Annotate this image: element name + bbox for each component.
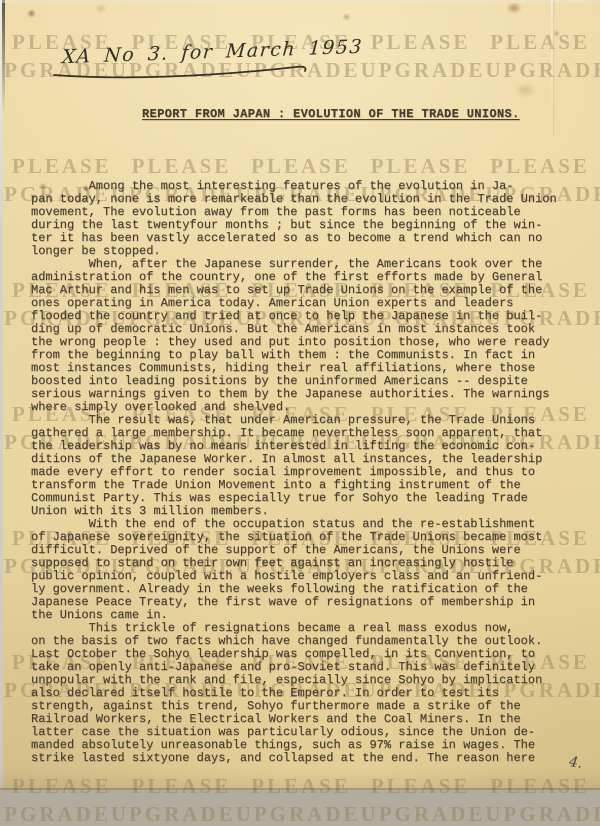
watermark-word: PLEASE <box>371 156 471 177</box>
scan-edge-bottom <box>0 768 600 790</box>
paper-stain <box>27 9 36 18</box>
paragraph: Among the most interesting features of t… <box>31 180 571 258</box>
watermark-word: UPGRADE <box>361 60 486 81</box>
paper-stain <box>506 2 522 14</box>
document-body: Among the most interesting features of t… <box>31 180 571 765</box>
paragraph: With the end of the occupation status an… <box>31 518 571 622</box>
watermark-word: PLEASE <box>490 156 590 177</box>
paper-stain <box>553 30 560 37</box>
paper-stain <box>95 4 107 13</box>
watermark-word: PLEASE <box>132 156 232 177</box>
paragraph: This trickle of resignations became a re… <box>31 622 571 765</box>
watermark-row: PLEASEPLEASEPLEASEPLEASEPLEASE <box>12 156 590 177</box>
paragraph: When, after the Japanese surrender, the … <box>31 258 571 414</box>
scan-edge-left-dark <box>2 0 5 115</box>
watermark-word: UPGRADE <box>485 60 600 81</box>
watermark-word: PLEASE <box>12 156 112 177</box>
report-title: REPORT FROM JAPAN : EVOLUTION OF THE TRA… <box>142 107 520 121</box>
scan-edge-left <box>0 0 3 790</box>
watermark-word: PLEASE <box>251 156 351 177</box>
paper-crease <box>551 0 553 135</box>
paper-stain <box>514 82 536 98</box>
paper-stain <box>342 13 351 21</box>
handwritten-underline <box>48 60 318 82</box>
watermark-word: PLEASE <box>490 32 590 53</box>
watermark-word: PLEASE <box>371 32 471 53</box>
scanned-document-page: PLEASEPLEASEPLEASEPLEASEPLEASEUPGRADEUPG… <box>0 0 600 790</box>
paragraph: The result was, that under American pres… <box>31 414 571 518</box>
scan-edge-top <box>0 0 600 3</box>
